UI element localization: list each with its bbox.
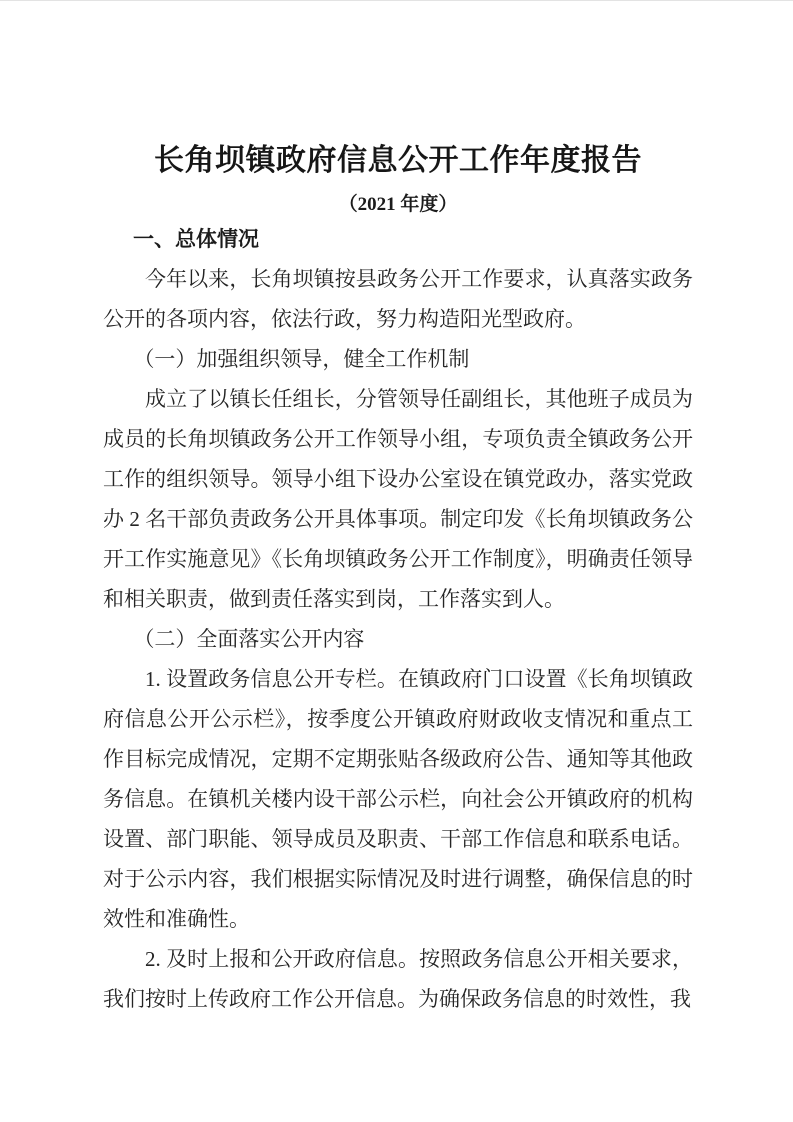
sub-heading-disclosure-content: （二）全面落实公开内容	[103, 619, 693, 659]
document-content: 长角坝镇政府信息公开工作年度报告 （2021 年度） 一、总体情况 今年以来，长…	[103, 1, 693, 1019]
section-heading-overall-situation: 一、总体情况	[103, 225, 693, 255]
document-body: 今年以来，长角坝镇按县政务公开工作要求，认真落实政务公开的各项内容，依法行政，努…	[103, 259, 693, 1019]
paragraph-intro: 今年以来，长角坝镇按县政务公开工作要求，认真落实政务公开的各项内容，依法行政，努…	[103, 259, 693, 339]
paragraph-leading-group: 成立了以镇长任组长，分管领导任副组长，其他班子成员为成员的长角坝镇政务公开工作领…	[103, 379, 693, 619]
document-page: 长角坝镇政府信息公开工作年度报告 （2021 年度） 一、总体情况 今年以来，长…	[0, 0, 793, 1122]
document-title: 长角坝镇政府信息公开工作年度报告	[103, 140, 693, 182]
document-subtitle: （2021 年度）	[103, 192, 693, 218]
sub-heading-organization-leadership: （一）加强组织领导，健全工作机制	[103, 339, 693, 379]
paragraph-timely-reporting: 2. 及时上报和公开政府信息。按照政务信息公开相关要求，我们按时上传政府工作公开…	[103, 939, 693, 1019]
paragraph-disclosure-column: 1. 设置政务信息公开专栏。在镇政府门口设置《长角坝镇政府信息公开公示栏》，按季…	[103, 659, 693, 939]
